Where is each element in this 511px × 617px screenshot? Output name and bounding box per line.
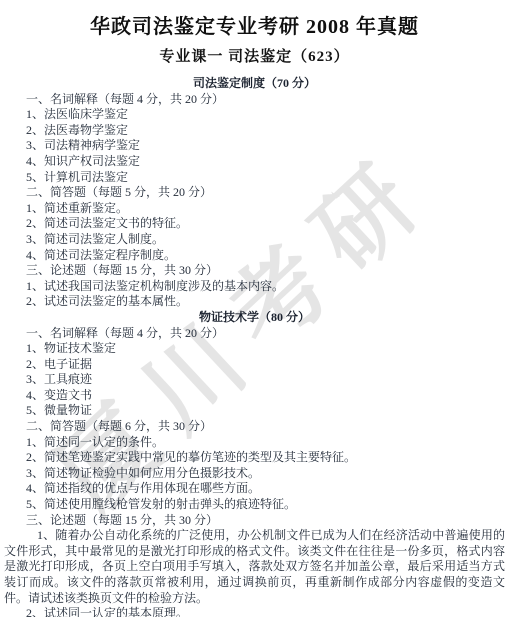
- exam-question-item: 1、简述同一认定的条件。: [4, 435, 505, 451]
- exam-question-item: 5、计算机司法鉴定: [4, 170, 505, 186]
- exam-question-item: 5、微量物证: [4, 403, 505, 419]
- exam-question-item: 4、简述司法鉴定程序制度。: [4, 248, 505, 264]
- exam-question-item: 4、简述指纹的优点与作用体现在哪些方面。: [4, 481, 505, 497]
- exam-essay-paragraph: 1、随着办公自动化系统的广泛使用，办公机制文件已成为人们在经济活动中普遍使用的文…: [4, 528, 505, 606]
- exam-question-item: 1、法医临床学鉴定: [4, 107, 505, 123]
- exam-part-header: 三、论述题（每题 15 分，共 30 分）: [4, 513, 505, 529]
- exam-part-header: 一、名词解释（每题 4 分，共 20 分）: [4, 92, 505, 108]
- exam-question-item: 2、试述同一认定的基本原理。: [4, 606, 505, 617]
- exam-question-item: 1、简述重新鉴定。: [4, 201, 505, 217]
- exam-question-item: 3、简述物证检验中如何应用分色摄影技术。: [4, 466, 505, 482]
- exam-question-item: 1、试述我国司法鉴定机构制度涉及的基本内容。: [4, 279, 505, 295]
- exam-question-item: 3、简述司法鉴定人制度。: [4, 232, 505, 248]
- exam-question-item: 4、知识产权司法鉴定: [4, 154, 505, 170]
- exam-part-header: 三、论述题（每题 15 分，共 30 分）: [4, 263, 505, 279]
- exam-question-item: 5、简述使用膛线枪管发射的射击弹头的痕迹特征。: [4, 497, 505, 513]
- exam-question-item: 3、工具痕迹: [4, 372, 505, 388]
- exam-question-item: 2、简述笔迹鉴定实践中常见的摹仿笔迹的类型及其主要特征。: [4, 450, 505, 466]
- page-title: 华政司法鉴定专业考研 2008 年真题: [4, 14, 505, 40]
- section-heading: 物证技术学（80 分）: [4, 310, 505, 326]
- exam-question-item: 2、法医毒物学鉴定: [4, 123, 505, 139]
- exam-part-header: 二、简答题（每题 5 分，共 20 分）: [4, 185, 505, 201]
- exam-part-header: 一、名词解释（每题 4 分，共 20 分）: [4, 326, 505, 342]
- exam-question-item: 2、试述司法鉴定的基本属性。: [4, 294, 505, 310]
- exam-question-item: 1、物证技术鉴定: [4, 341, 505, 357]
- exam-question-item: 4、变造文书: [4, 388, 505, 404]
- exam-question-item: 2、简述司法鉴定文书的特征。: [4, 216, 505, 232]
- course-subtitle: 专业课一 司法鉴定（623）: [4, 48, 505, 66]
- section-heading: 司法鉴定制度（70 分）: [4, 76, 505, 92]
- exam-part-header: 二、简答题（每题 6 分，共 30 分）: [4, 419, 505, 435]
- sections-container: 司法鉴定制度（70 分）一、名词解释（每题 4 分，共 20 分）1、法医临床学…: [4, 76, 505, 617]
- exam-question-item: 3、司法精神病学鉴定: [4, 138, 505, 154]
- document-content: 华政司法鉴定专业考研 2008 年真题 专业课一 司法鉴定（623） 司法鉴定制…: [4, 14, 505, 617]
- exam-document-page: 厦川考研 华政司法鉴定专业考研 2008 年真题 专业课一 司法鉴定（623） …: [0, 0, 511, 617]
- exam-question-item: 2、电子证据: [4, 357, 505, 373]
